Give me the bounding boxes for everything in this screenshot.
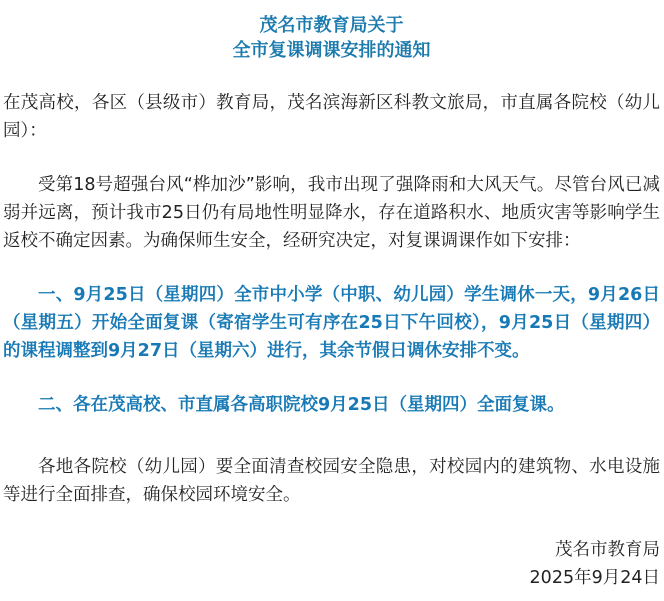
notice-document: 茂名市教育局关于 全市复课调课安排的通知 在茂高校，各区（县级市）教育局，茂名滨… [0,0,664,601]
intro-paragraph: 受第18号超强台风“桦加沙”影响，我市出现了强降雨和大风天气。尽管台风已减弱并远… [3,171,660,255]
salutation-paragraph: 在茂高校，各区（县级市）教育局，茂名滨海新区科教文旅局，市直属各院校（幼儿园）： [3,89,660,145]
notice-title: 茂名市教育局关于 全市复课调课安排的通知 [3,13,660,63]
signature-date: 2025年9月24日 [3,564,660,592]
arrangement-item-1: 一、9月25日（星期四）全市中小学（中职、幼儿园）学生调休一天，9月26日（星期… [3,281,660,365]
notice-title-line-1: 茂名市教育局关于 [3,13,660,38]
arrangement-item-2: 二、各在茂高校、市直属各高职院校9月25日（星期四）全面复课。 [3,391,660,419]
safety-paragraph: 各地各院校（幼儿园）要全面清查校园安全隐患，对校园内的建筑物、水电设施等进行全面… [3,453,660,509]
notice-title-line-2: 全市复课调课安排的通知 [3,38,660,63]
signature-block: 茂名市教育局 2025年9月24日 [3,536,660,592]
signature-org: 茂名市教育局 [3,536,660,564]
